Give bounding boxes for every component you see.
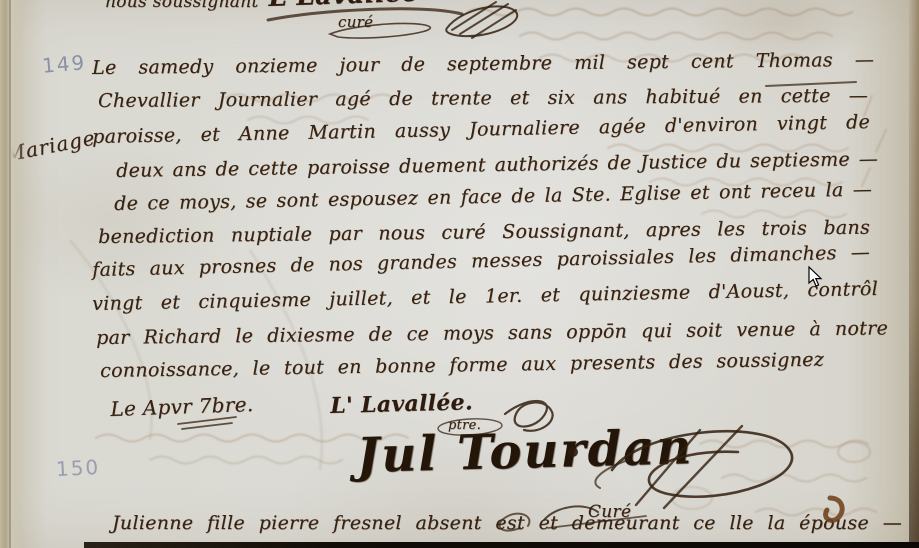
top-paraph-flourish	[446, 6, 517, 36]
handwritten-line: par Richard le dixiesme de ce moys sans …	[96, 318, 888, 349]
previous-record-signer-role: curé	[338, 14, 373, 31]
next-record-opening-line: Julienne fille pierre fresnel absent est…	[112, 513, 902, 534]
handwritten-line: faits aux prosnes de nos grandes messes …	[92, 242, 870, 281]
handwritten-line: de ce moys, se sont espousez en face de …	[114, 179, 872, 214]
dateline-strike	[178, 417, 236, 429]
record-dateline: Le Apvr 7bre.	[110, 393, 254, 420]
handwritten-line: vingt et cinquiesme juillet, et le 1er. …	[92, 279, 878, 315]
handwritten-line: Chevallier Journalier agé de trente et s…	[98, 86, 868, 112]
principal-signature: Jul Tourdan	[356, 421, 694, 483]
handwritten-line: deux ans de cette paroisse duement autho…	[116, 149, 878, 182]
handwritten-line: connoissance, le tout en bonne forme aux…	[100, 350, 824, 382]
page-number-150: 150	[55, 455, 100, 481]
page-number-149: 149	[41, 50, 87, 78]
handwritten-line: Le samedy onzieme jour de septembre mil …	[92, 50, 874, 79]
manuscript-page-scan: 149 Mariage 150 nous soussignant L Laval…	[0, 0, 919, 548]
officiant-signature: L' Lavallée.	[330, 390, 473, 418]
page-right-edge-shadow	[909, 0, 919, 548]
page-crease-line	[9, 0, 11, 548]
page-binding-fold	[0, 0, 24, 548]
handwritten-line: paroisse, et Anne Martin aussy Journalie…	[92, 112, 870, 148]
mouse-cursor-icon	[808, 266, 824, 288]
previous-record-signature: L Lavallée	[268, 0, 419, 13]
scan-bottom-dark-edge	[84, 542, 919, 548]
